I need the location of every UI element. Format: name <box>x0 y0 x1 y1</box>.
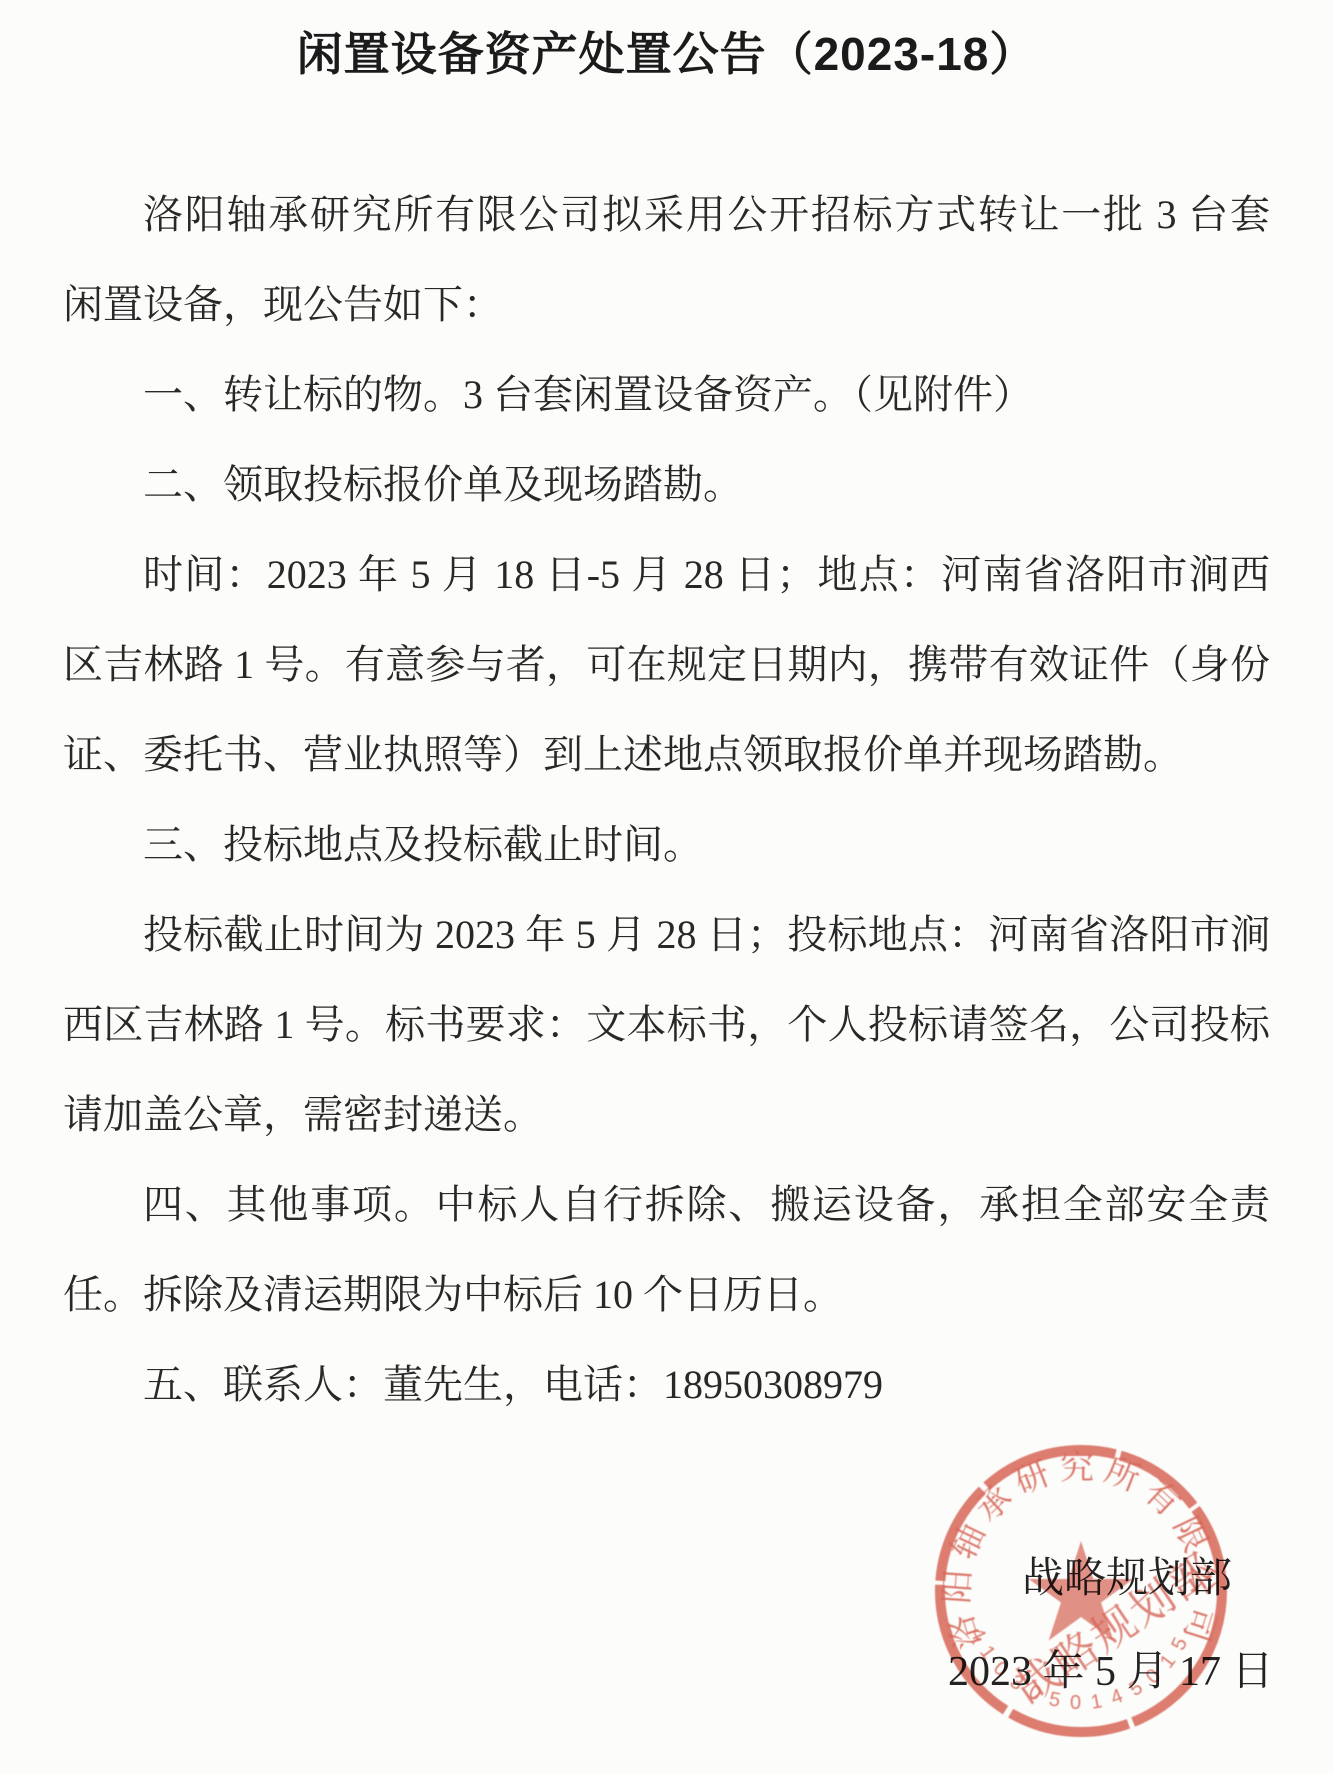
section-heading-4: 四、其他事项。中标人自行拆除、搬运设备，承担全部安全责 <box>63 1160 1270 1250</box>
document-line: 任。拆除及清运期限为中标后 10 个日历日。 <box>63 1250 1270 1340</box>
document-line: 时间：2023 年 5 月 18 日-5 月 28 日；地点：河南省洛阳市涧西 <box>63 530 1270 620</box>
section-heading-5-contact: 五、联系人：董先生，电话：18950308979 <box>63 1340 1270 1430</box>
section-heading-3: 三、投标地点及投标截止时间。 <box>63 800 1270 890</box>
document-line: 区吉林路 1 号。有意参与者，可在规定日期内，携带有效证件（身份 <box>63 620 1270 710</box>
document-line: 证、委托书、营业执照等）到上述地点领取报价单并现场踏勘。 <box>63 710 1270 800</box>
section-heading-2: 二、领取投标报价单及现场踏勘。 <box>63 440 1270 530</box>
document-line: 西区吉林路 1 号。标书要求：文本标书，个人投标请签名，公司投标 <box>63 980 1270 1070</box>
document-body: 洛阳轴承研究所有限公司拟采用公开招标方式转让一批 3 台套 闲置设备，现公告如下… <box>63 170 1270 1430</box>
document-line: 请加盖公章，需密封递送。 <box>63 1070 1270 1160</box>
announcement-document: 闲置设备资产处置公告（2023-18） 洛阳轴承研究所有限公司拟采用公开招标方式… <box>0 0 1333 1774</box>
page-title: 闲置设备资产处置公告（2023-18） <box>0 18 1333 84</box>
document-line: 洛阳轴承研究所有限公司拟采用公开招标方式转让一批 3 台套 <box>63 170 1270 260</box>
document-line: 投标截止时间为 2023 年 5 月 28 日；投标地点：河南省洛阳市涧 <box>63 890 1270 980</box>
document-line: 闲置设备，现公告如下： <box>63 260 1270 350</box>
section-heading-1: 一、转让标的物。3 台套闲置设备资产。（见附件） <box>63 350 1270 440</box>
company-seal-stamp: 洛阳轴承研究所有限公司 战略规划部 4103050145015 <box>928 1436 1240 1748</box>
